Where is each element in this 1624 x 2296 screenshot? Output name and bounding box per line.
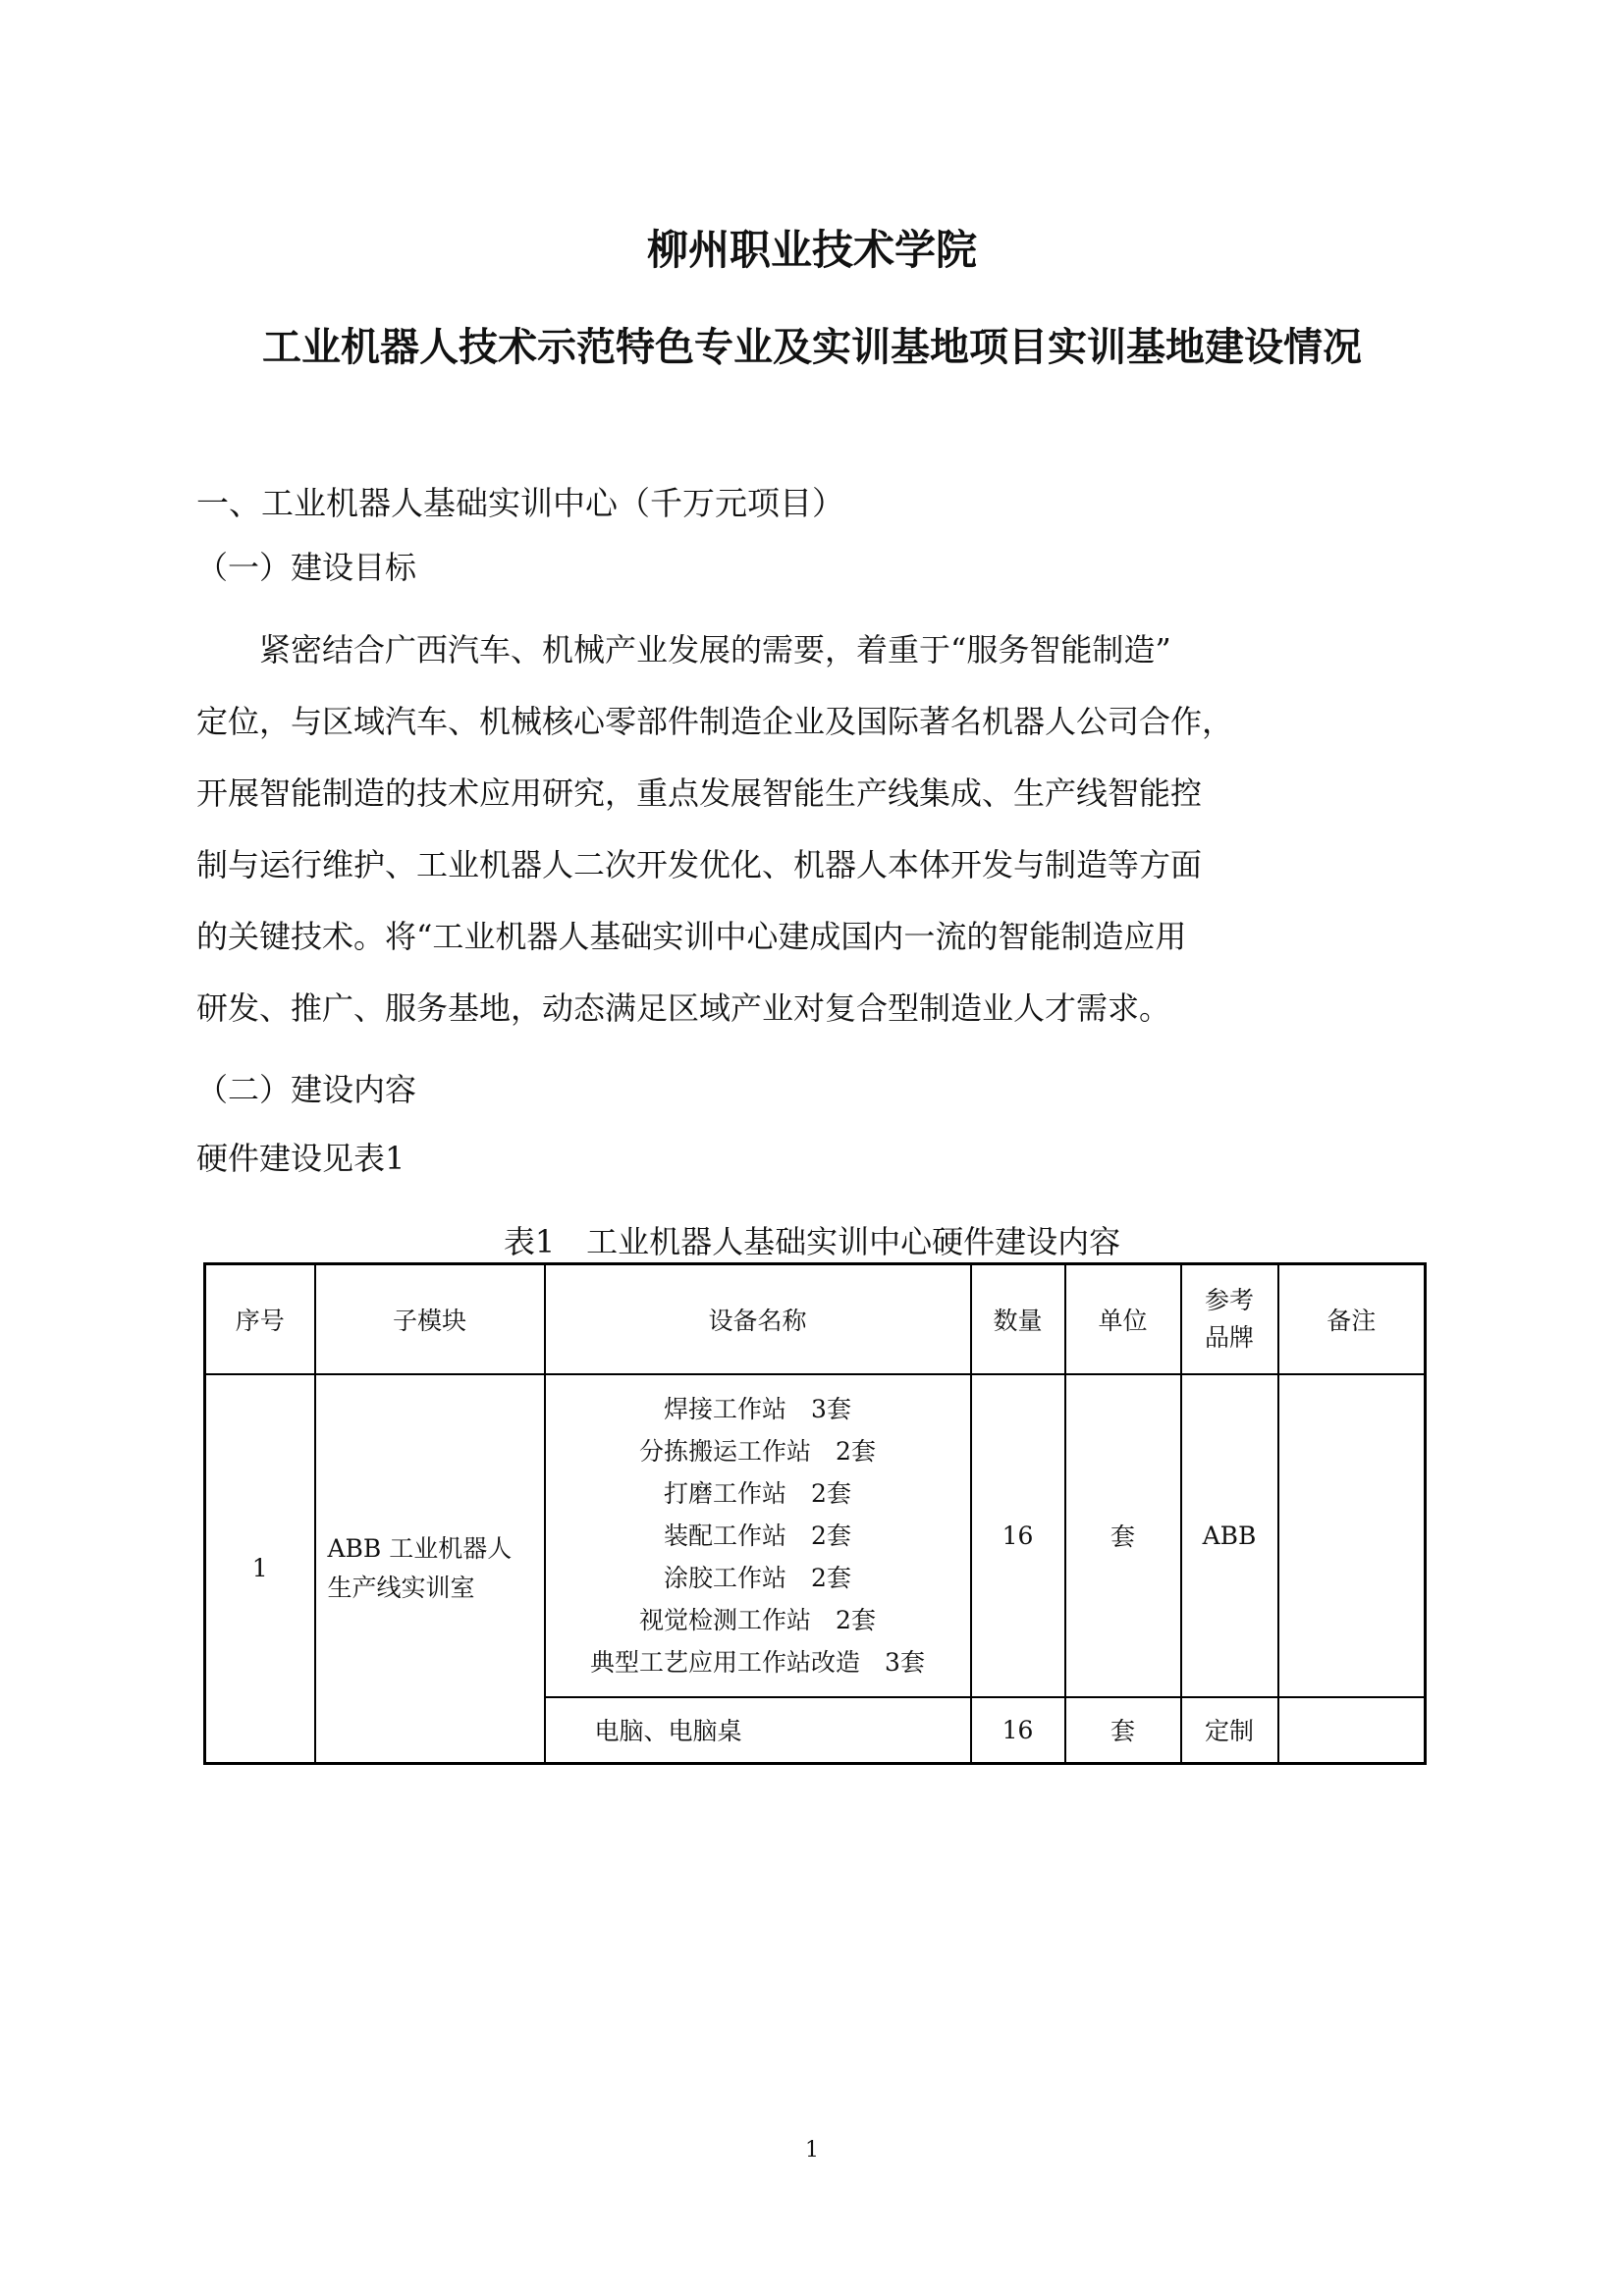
header-unit: 单位	[1065, 1264, 1181, 1374]
cell-unit: 套	[1065, 1374, 1181, 1697]
cell-remarks	[1278, 1374, 1426, 1697]
cell-quantity: 16	[971, 1374, 1065, 1697]
equipment-item: 分拣搬运工作站 2套	[546, 1430, 970, 1472]
module-line2: 生产线实训室	[328, 1569, 544, 1608]
header-remarks: 备注	[1278, 1264, 1426, 1374]
equipment-item: 焊接工作站 3套	[546, 1388, 970, 1430]
institution-title: 柳州职业技术学院	[0, 218, 1624, 277]
cell-quantity: 16	[971, 1697, 1065, 1764]
equipment-item: 装配工作站 2套	[546, 1515, 970, 1557]
header-quantity: 数量	[971, 1264, 1065, 1374]
paragraph-line: 的关键技术。将“工业机器人基础实训中心建成国内一流的智能制造应用	[196, 901, 1434, 973]
cell-unit: 套	[1065, 1697, 1181, 1764]
paragraph-line: 紧密结合广西汽车、机械产业发展的需要，着重于“服务智能制造”	[196, 614, 1434, 686]
cell-remarks	[1278, 1697, 1426, 1764]
paragraph-line: 开展智能制造的技术应用研究，重点发展智能生产线集成、生产线智能控	[196, 758, 1434, 829]
table-header-row: 序号 子模块 设备名称 数量 单位 参考 品牌 备注	[205, 1264, 1426, 1374]
section-heading-1: 一、工业机器人基础实训中心（千万元项目）	[196, 478, 844, 524]
paragraph-line: 研发、推广、服务基地，动态满足区域产业对复合型制造业人才需求。	[196, 973, 1434, 1044]
header-brand: 参考 品牌	[1181, 1264, 1278, 1374]
hardware-reference-text: 硬件建设见表1	[196, 1134, 405, 1179]
header-brand-line2: 品牌	[1182, 1319, 1277, 1357]
paragraph-line: 定位，与区域汽车、机械核心零部件制造企业及国际著名机器人公司合作，	[196, 686, 1434, 758]
cell-equipment: 电脑、电脑桌	[545, 1697, 971, 1764]
equipment-item: 涂胶工作站 2套	[546, 1557, 970, 1599]
table-row: 1 ABB 工业机器人 生产线实训室 焊接工作站 3套 分拣搬运工作站 2套 打…	[205, 1374, 1426, 1697]
cell-module: ABB 工业机器人 生产线实训室	[315, 1374, 545, 1764]
header-index: 序号	[205, 1264, 315, 1374]
equipment-item: 视觉检测工作站 2套	[546, 1599, 970, 1641]
header-brand-line1: 参考	[1182, 1282, 1277, 1319]
header-equipment: 设备名称	[545, 1264, 971, 1374]
subsection-heading-content: （二）建设内容	[196, 1065, 416, 1110]
cell-index: 1	[205, 1374, 315, 1764]
equipment-item: 典型工艺应用工作站改造 3套	[546, 1641, 970, 1683]
subsection-heading-goals: （一）建设目标	[196, 543, 416, 588]
page-number: 1	[0, 2138, 1624, 2163]
goals-paragraph: 紧密结合广西汽车、机械产业发展的需要，着重于“服务智能制造” 定位，与区域汽车、…	[196, 614, 1434, 1044]
hardware-table: 序号 子模块 设备名称 数量 单位 参考 品牌 备注 1 ABB 工业机器人 生…	[203, 1262, 1427, 1765]
header-module: 子模块	[315, 1264, 545, 1374]
cell-equipment-list: 焊接工作站 3套 分拣搬运工作站 2套 打磨工作站 2套 装配工作站 2套 涂胶…	[545, 1374, 971, 1697]
cell-brand: ABB	[1181, 1374, 1278, 1697]
module-line1: ABB 工业机器人	[328, 1529, 544, 1569]
cell-brand: 定制	[1181, 1697, 1278, 1764]
report-title: 工业机器人技术示范特色专业及实训基地项目实训基地建设情况	[0, 316, 1624, 372]
paragraph-line: 制与运行维护、工业机器人二次开发优化、机器人本体开发与制造等方面	[196, 829, 1434, 901]
equipment-item: 打磨工作站 2套	[546, 1472, 970, 1515]
table-caption: 表1 工业机器人基础实训中心硬件建设内容	[0, 1217, 1624, 1262]
